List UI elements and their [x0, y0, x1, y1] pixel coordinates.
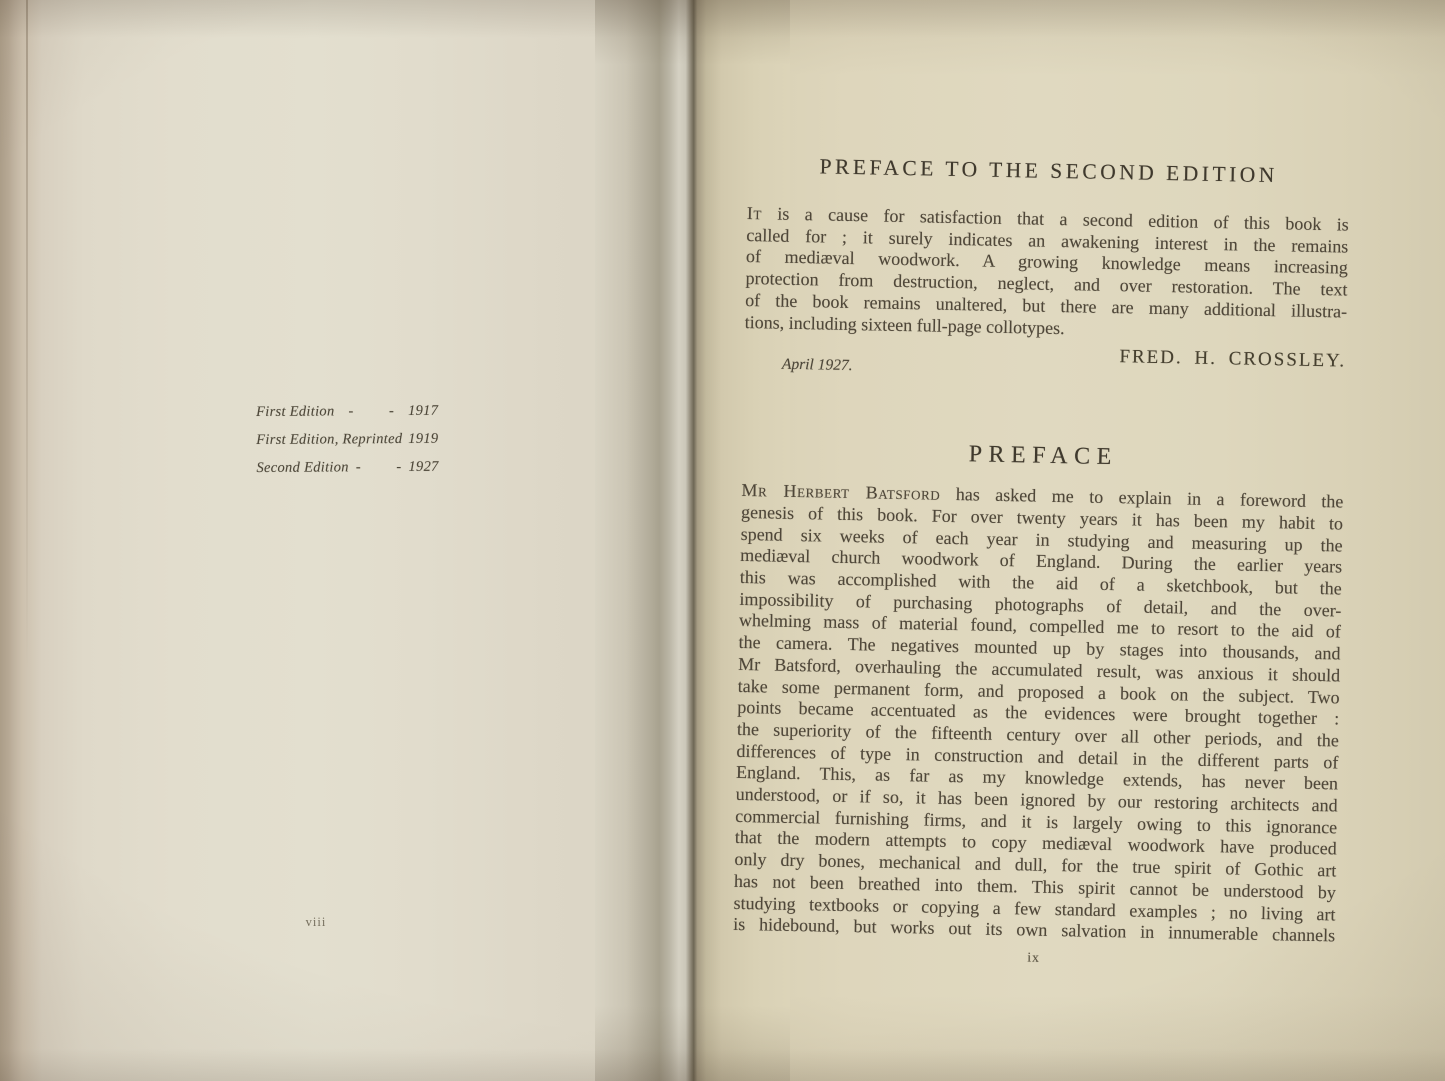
edition-label: Second Edition [256, 459, 349, 477]
lead-small-caps: Mr Herbert Batsford [741, 480, 940, 504]
edition-dashes: - - [349, 459, 409, 476]
edition-row: First Edition - - 1917 [256, 403, 458, 419]
edition-row: Second Edition - - 1927 [256, 459, 458, 475]
left-page-number: viii [294, 915, 338, 930]
lead-small-caps: It [747, 203, 763, 223]
preface-second-edition-paragraph: It is a cause for satisfaction that a se… [745, 203, 1349, 345]
edition-label: First Edition, Reprinted [256, 431, 402, 449]
edition-label: First Edition [256, 403, 335, 421]
open-book-photo: First Edition - - 1917 First Edition, Re… [0, 0, 1445, 1081]
page-stack-edge [26, 0, 28, 1081]
edition-year: 1927 [408, 459, 458, 476]
preface-title: PREFACE [742, 437, 1344, 476]
edition-row: First Edition, Reprinted 1919 [256, 431, 458, 447]
edition-year: 1919 [408, 431, 458, 448]
author-signature: FRED. H. CROSSLEY. [1119, 346, 1346, 372]
right-page-text-block: PREFACE TO THE SECOND EDITION It is a ca… [733, 153, 1350, 971]
edition-year: 1917 [408, 403, 458, 420]
edition-dashes: - - [334, 403, 408, 421]
preface-paragraph: Mr Herbert Batsford has asked me to expl… [733, 480, 1344, 947]
edition-history-list: First Edition - - 1917 First Edition, Re… [256, 403, 459, 488]
date-line: April 1927. [782, 356, 853, 375]
signature-row: April 1927. FRED. H. CROSSLEY. [744, 337, 1347, 397]
